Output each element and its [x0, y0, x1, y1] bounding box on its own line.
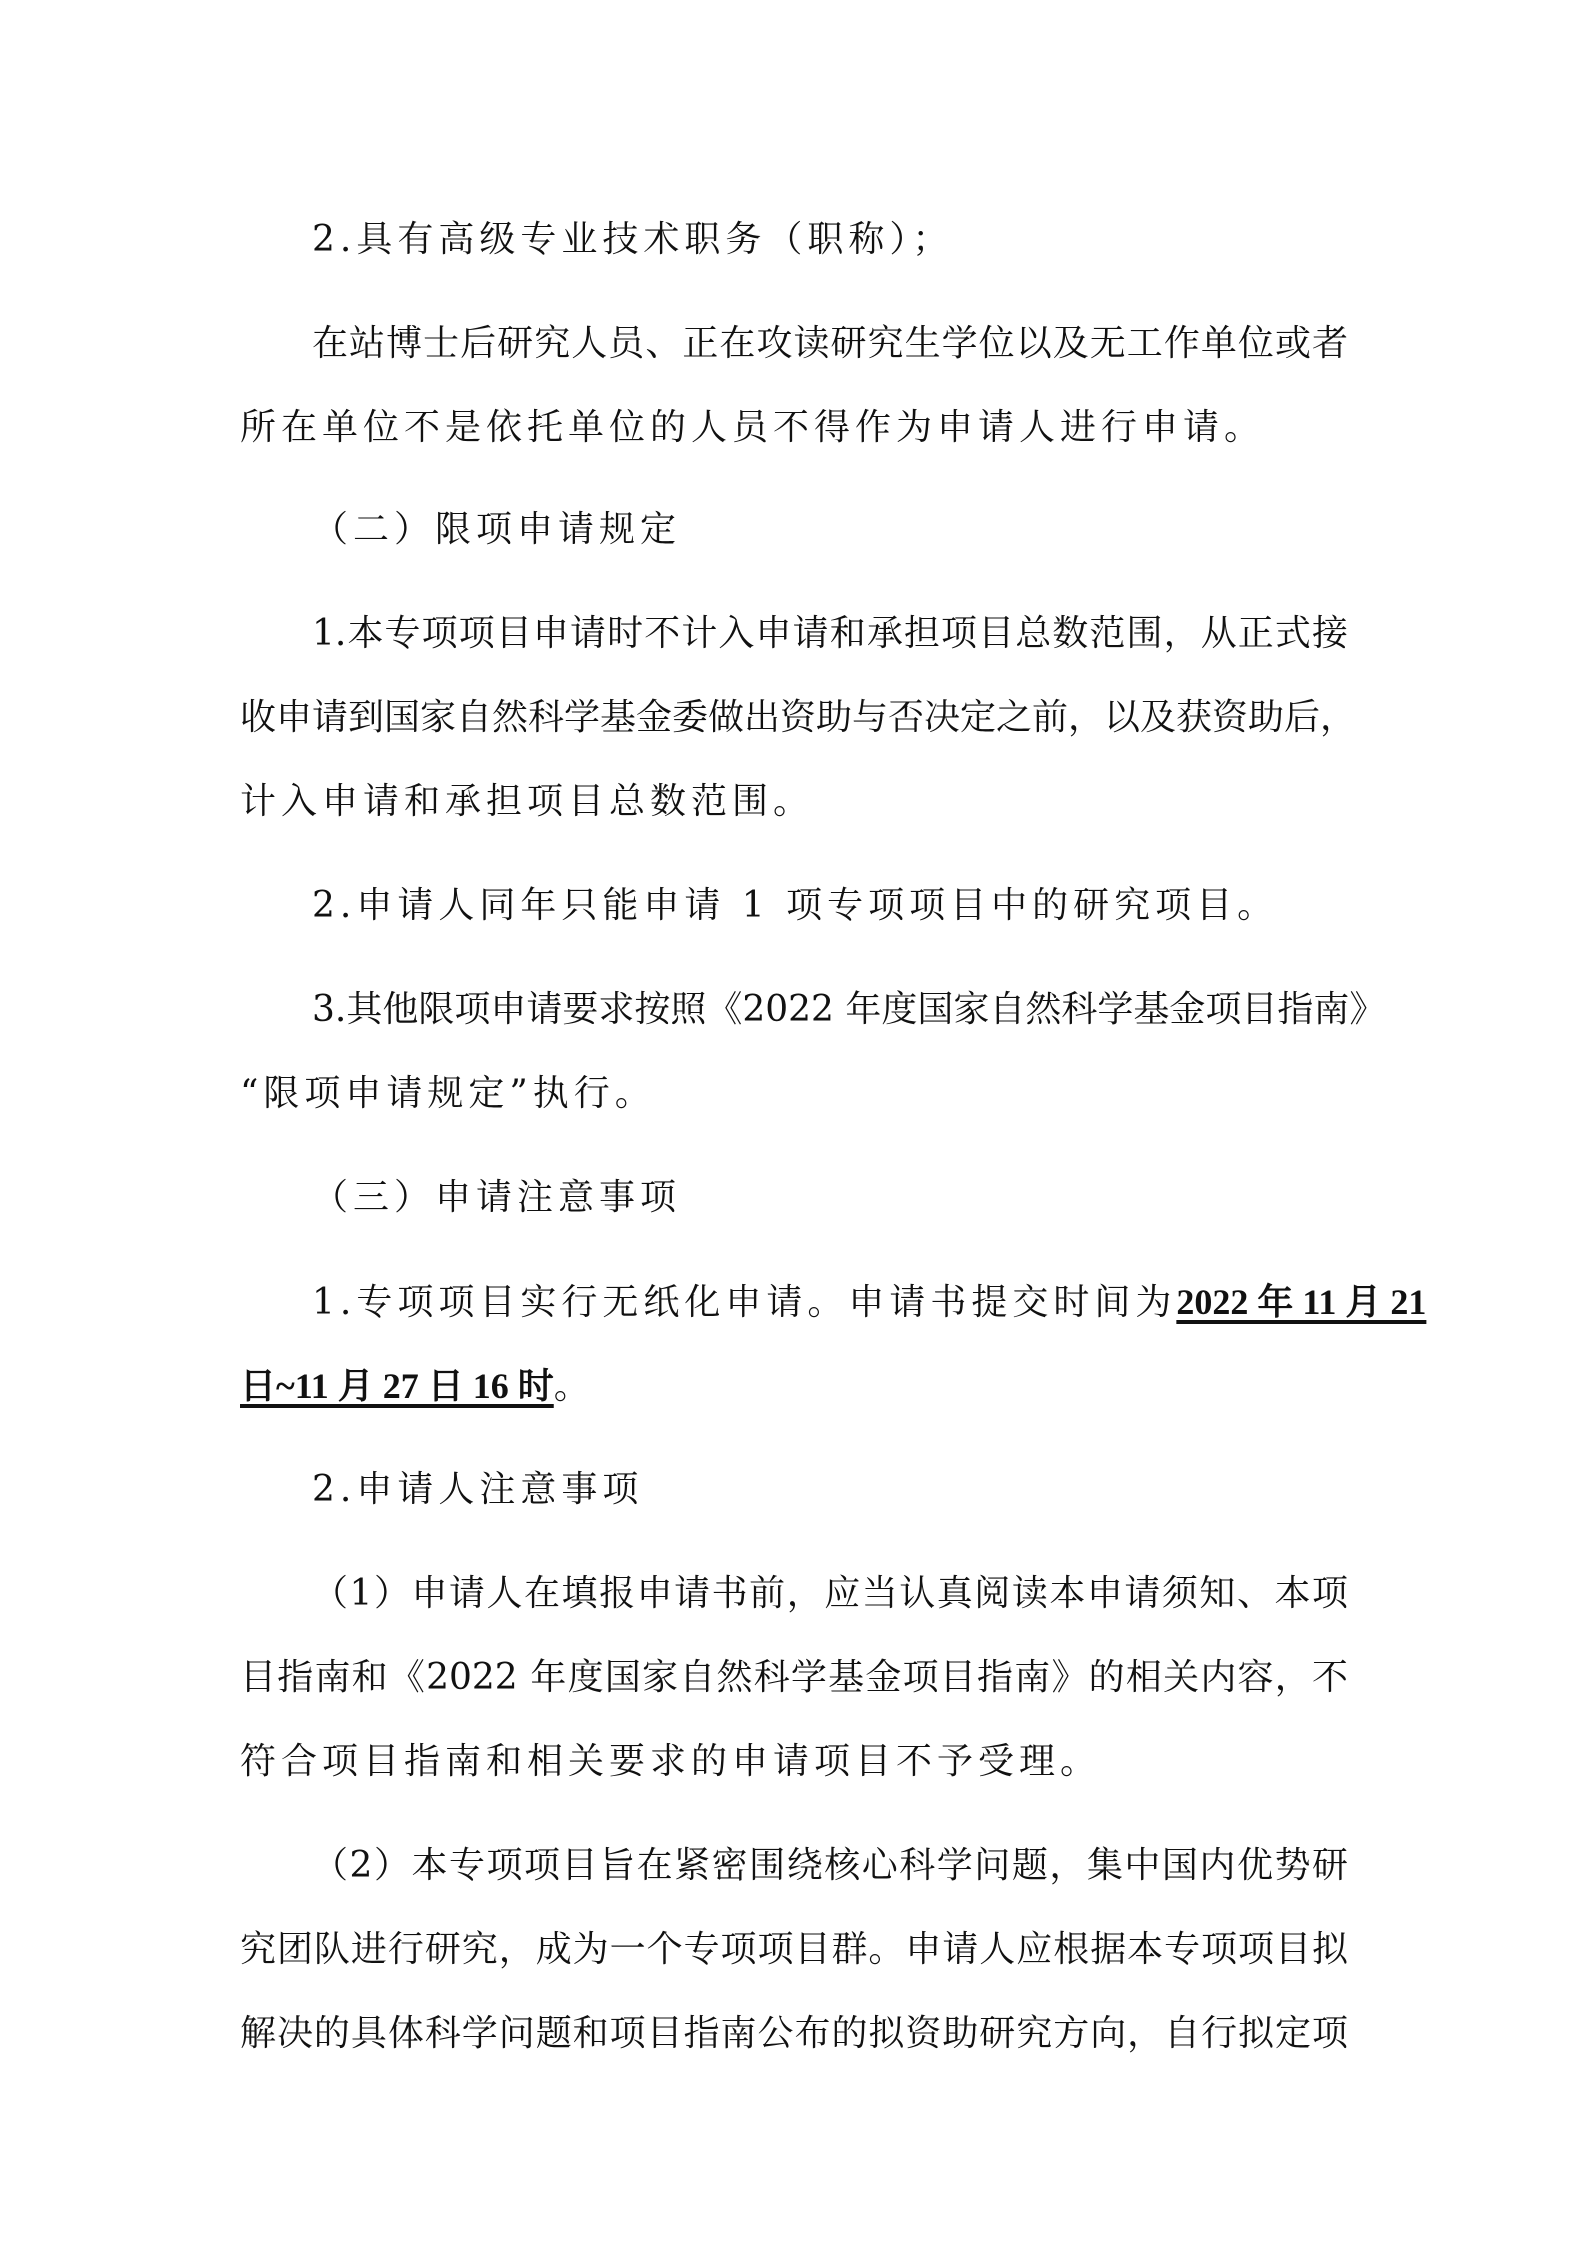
- paragraph-line: 日~11 月 27 日 16 时。: [240, 1364, 1348, 1409]
- section-heading: （三）申请注意事项: [312, 1176, 1420, 1220]
- paragraph-line: 收申请到国家自然科学基金委做出资助与否决定之前，以及获资助后，: [240, 696, 1348, 740]
- paragraph-line: “限项申请规定”执行。: [240, 1072, 1348, 1116]
- paragraph-line: 目指南和《2022 年度国家自然科学基金项目指南》的相关内容，不: [240, 1656, 1348, 1700]
- deadline-emphasis: 日~11 月 27 日 16 时: [240, 1366, 554, 1406]
- deadline-emphasis: 2022 年 11 月 21: [1176, 1282, 1426, 1322]
- paragraph-line: 符合项目指南和相关要求的申请项目不予受理。: [240, 1740, 1348, 1784]
- paragraph-line: 1.本专项项目申请时不计入申请和承担项目总数范围，从正式接: [312, 612, 1348, 656]
- paragraph-line: 2.申请人注意事项: [312, 1468, 1420, 1512]
- paragraph-line: 究团队进行研究，成为一个专项项目群。申请人应根据本专项项目拟: [240, 1928, 1348, 1972]
- paragraph-line: （2）本专项项目旨在紧密围绕核心科学问题，集中国内优势研: [312, 1844, 1348, 1888]
- paragraph-line: 计入申请和承担项目总数范围。: [240, 780, 1348, 824]
- paragraph-line: 解决的具体科学问题和项目指南公布的拟资助研究方向，自行拟定项: [240, 2012, 1348, 2056]
- paragraph-line: 1.专项项目实行无纸化申请。申请书提交时间为2022 年 11 月 21: [312, 1280, 1420, 1325]
- paragraph-line: 2.具有高级专业技术职务（职称）；: [312, 218, 1420, 262]
- paragraph-line: 2.申请人同年只能申请 1 项专项项目中的研究项目。: [312, 884, 1420, 928]
- paragraph-line: 所在单位不是依托单位的人员不得作为申请人进行申请。: [240, 406, 1348, 450]
- section-heading: （二）限项申请规定: [312, 508, 1420, 552]
- paragraph-line: 3.其他限项申请要求按照《2022 年度国家自然科学基金项目指南》: [312, 988, 1348, 1032]
- paragraph-text: 。: [554, 1366, 595, 1407]
- paragraph-line: 在站博士后研究人员、正在攻读研究生学位以及无工作单位或者: [312, 322, 1348, 366]
- document-page: 2.具有高级专业技术职务（职称）； 在站博士后研究人员、正在攻读研究生学位以及无…: [0, 0, 1587, 2245]
- paragraph-line: （1）申请人在填报申请书前，应当认真阅读本申请须知、本项: [312, 1572, 1348, 1616]
- paragraph-text: 1.专项项目实行无纸化申请。申请书提交时间为: [312, 1282, 1176, 1323]
